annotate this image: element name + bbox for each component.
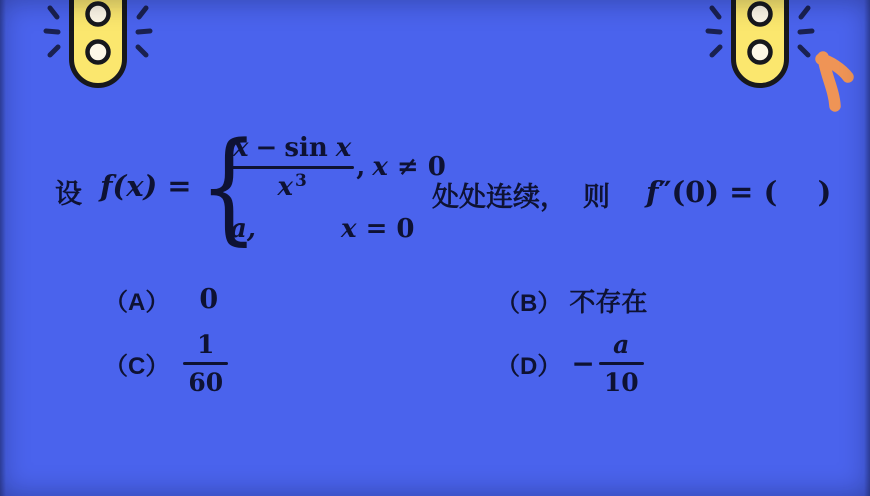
target-f: f [646,175,658,209]
piecewise-case-2: a, x = 0 [230,214,446,244]
piecewise-definition: { x−sinx x3 ,x ≠ 0 a, x = 0 [196,128,446,248]
capsule-two-dots-sparkle-icon [698,0,818,106]
continuity-text: 处处连续， [432,182,567,212]
double-prime: ″ [658,175,671,209]
condition-var: x [341,214,357,244]
question-target-expression: f″(0) = ( ) [646,175,831,209]
function-definition: f(x) = [100,169,192,203]
numerator-x2: x [336,133,352,163]
capsule-dot-top [88,4,109,25]
option-c-label: （C） [104,346,169,381]
denominator-x: x [277,172,293,202]
denominator-exponent: 3 [295,171,307,191]
capsule-dot-top [750,4,771,25]
arrow-up-icon [812,48,860,116]
option-a-value: 0 [199,284,218,315]
condition-relation: = 0 [357,214,415,244]
capsule-two-dots-sparkle-icon [36,0,156,106]
option-c: （C） 1 60 [104,326,228,400]
piecewise-case-1: x−sinx x3 ,x ≠ 0 [230,133,446,202]
minus-sign: − [256,133,278,163]
fraction-denominator: 60 [183,368,228,397]
sin-function: sin [284,133,327,163]
question-lead-text: 设 [55,172,82,211]
fraction-denominator: 10 [599,368,644,397]
lecture-slide: 设 f(x) = { x−sinx x3 ,x ≠ 0 a, [0,0,870,496]
condition-var: x [372,152,388,182]
minus-sign: − [571,347,594,380]
case-2-condition: x = 0 [341,214,415,244]
question-middle-text: 处处连续，则 [432,175,610,214]
option-b-value: 不存在 [569,282,647,319]
piecewise-brace: { [199,126,225,251]
capsule-dot-bottom [88,42,109,63]
option-a: （A） 0 [104,282,218,317]
fraction-bar [599,362,644,365]
then-text: 则 [583,182,610,212]
fraction-numerator: a [608,330,634,359]
capsule-dot-bottom [750,42,771,63]
option-d-label: （D） [496,346,561,381]
option-b-label: （B） [496,283,561,318]
orange-arrow-annotation [812,48,860,116]
option-d-fraction: a 10 [599,330,644,397]
fraction-numerator: 1 [192,330,219,359]
fraction-denominator: x3 [274,172,309,202]
option-c-fraction: 1 60 [183,330,228,397]
piecewise-cases: x−sinx x3 ,x ≠ 0 a, x = 0 [230,133,446,244]
option-b: （B） 不存在 [496,282,647,319]
condition-comma: , [356,152,365,182]
badge-right [698,0,818,106]
badge-left [36,0,156,106]
option-d: （D） − a 10 [496,326,644,400]
target-rest: (0) = ( ) [671,175,831,209]
fraction-bar [183,362,228,365]
option-a-label: （A） [104,282,169,317]
